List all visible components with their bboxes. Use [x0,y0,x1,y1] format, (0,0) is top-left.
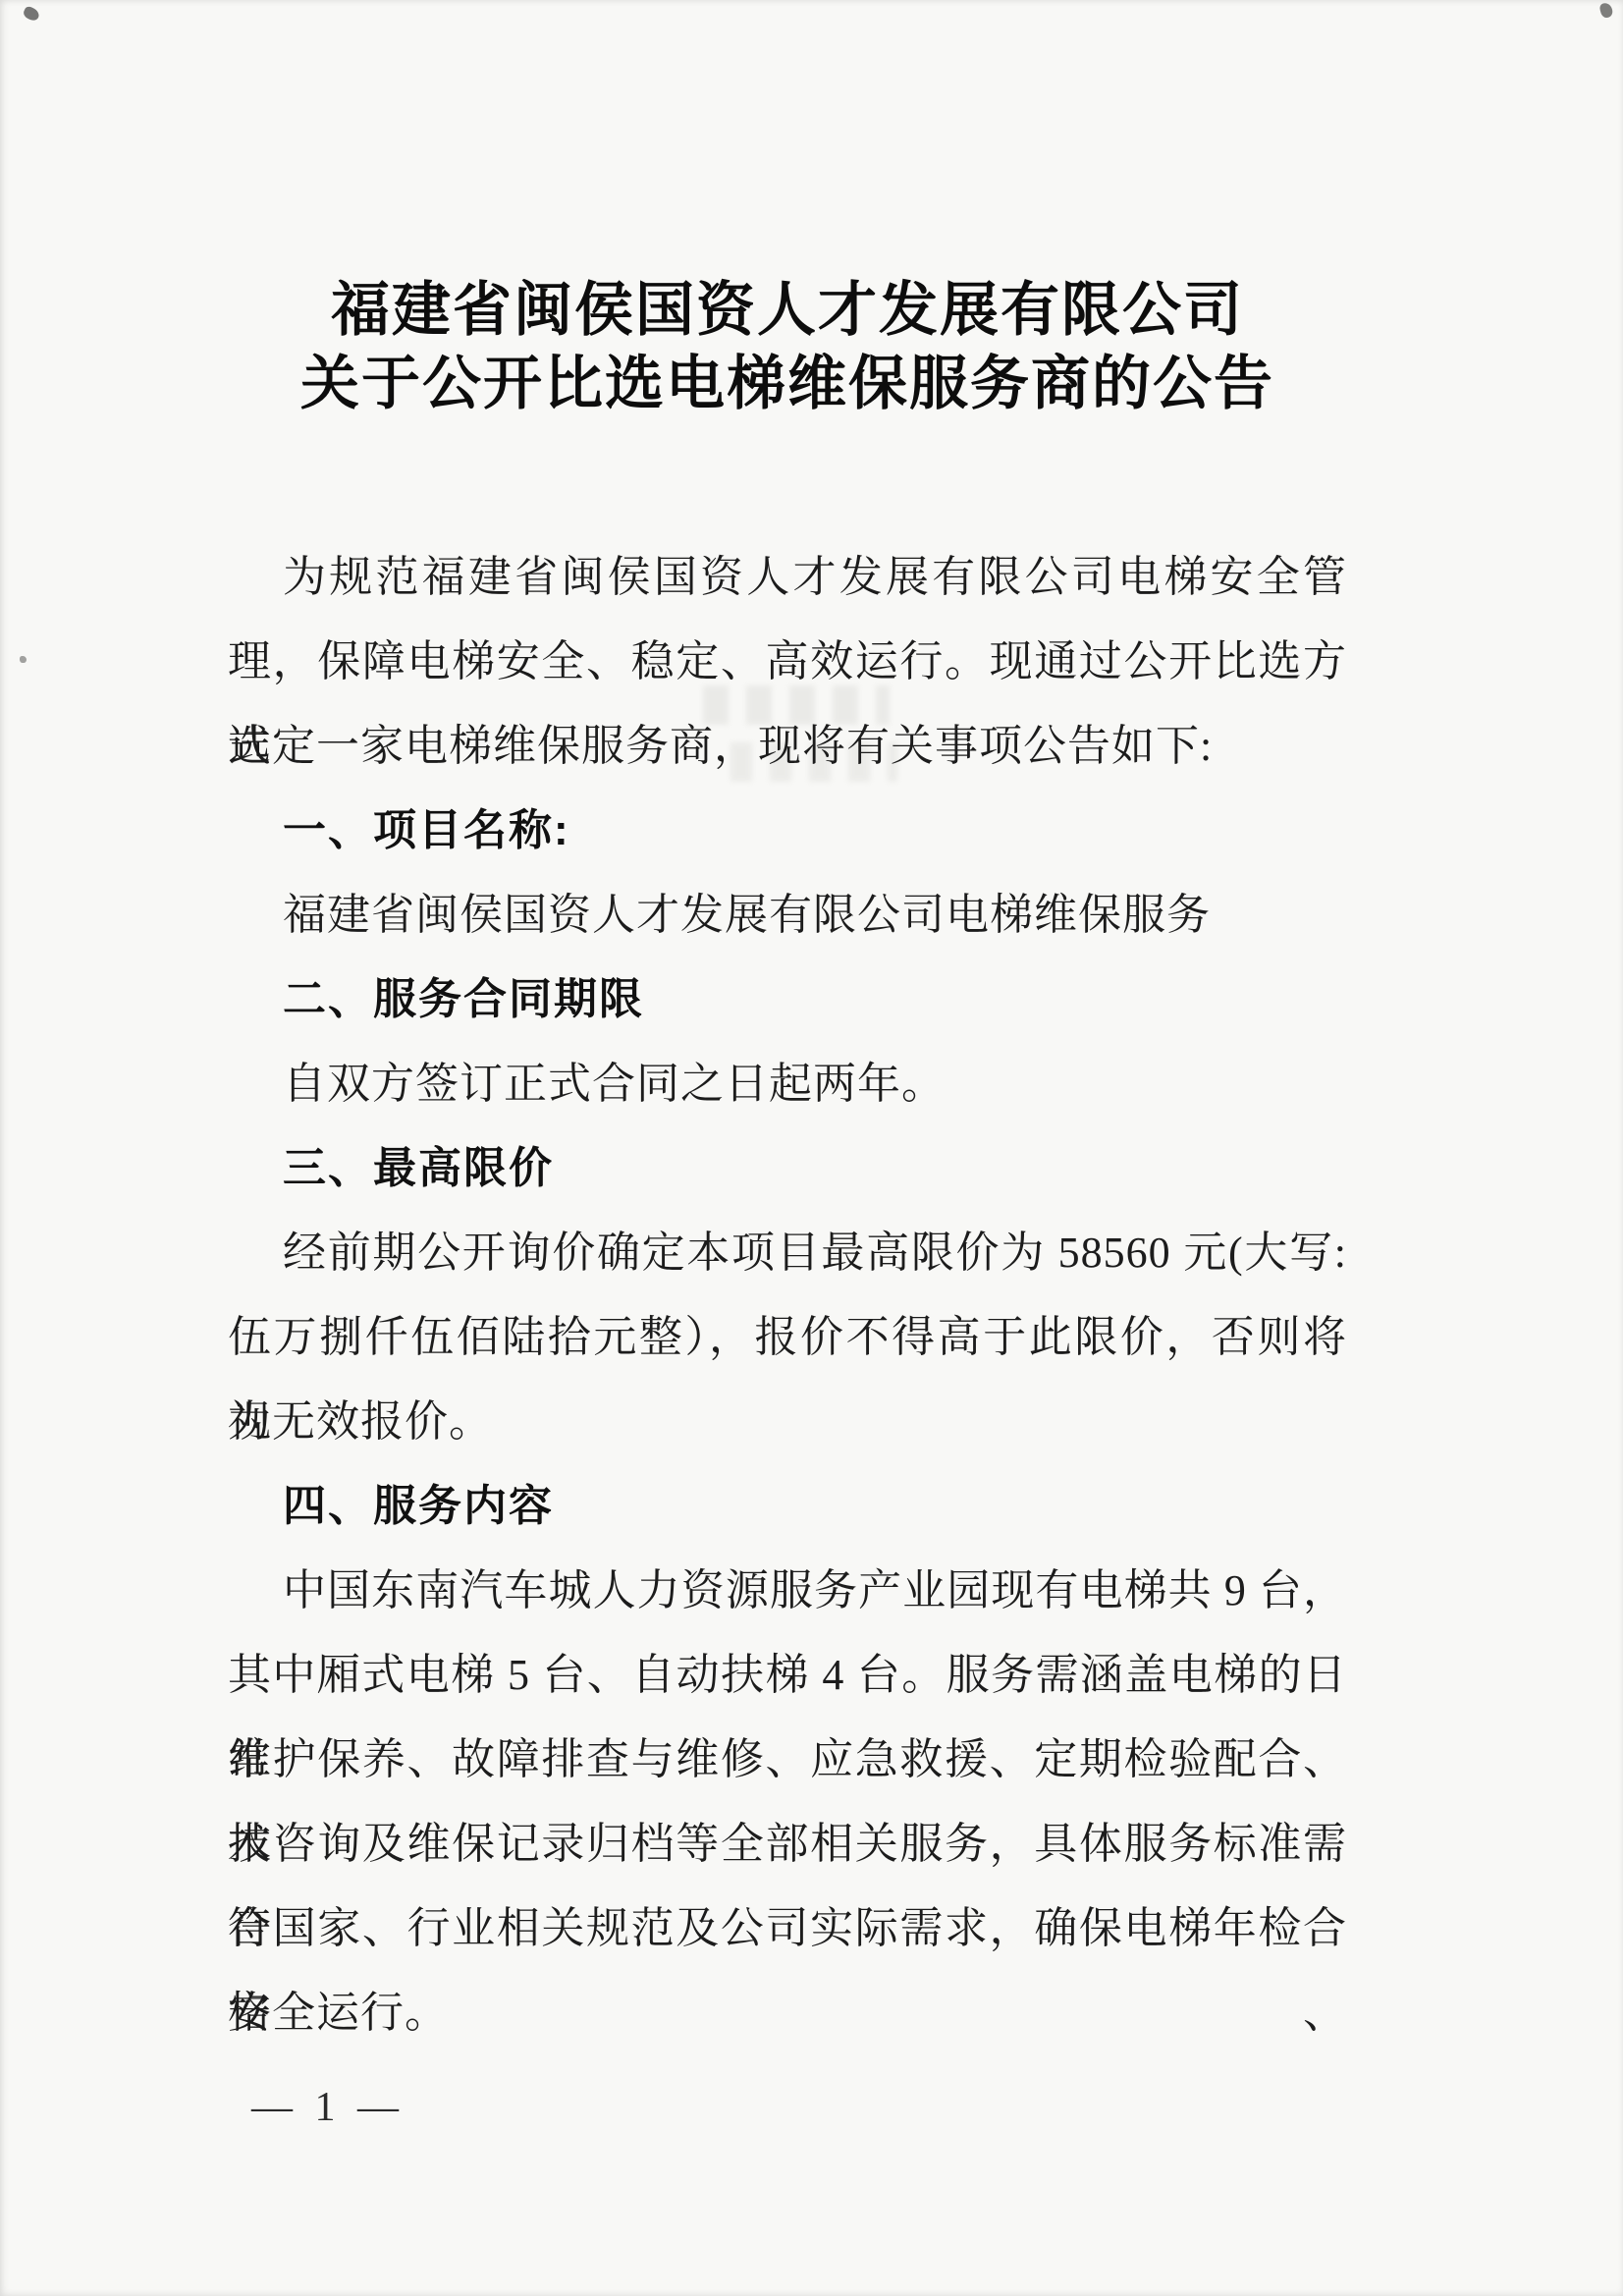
document-title: 福建省闽侯国资人才发展有限公司 关于公开比选电梯维保服务商的公告 [228,273,1347,420]
document-page: 福建省闽侯国资人才发展有限公司 关于公开比选电梯维保服务商的公告 为规范福建省闽… [0,0,1623,2296]
page-number: — 1 — [251,2084,405,2131]
scan-artifact-speck [22,5,41,23]
price-limit-line: 伍万捌仟伍佰陆拾元整），报价不得高于此限价，否则将视 [228,1295,1347,1380]
section-heading-project-name: 一、项目名称: [228,789,1347,873]
intro-paragraph-line: 选定一家电梯维保服务商，现将有关事项公告如下: [228,704,1347,789]
contract-term-line: 自双方签订正式合同之日起两年。 [228,1042,1347,1126]
section-heading-contract-term: 二、服务合同期限 [228,957,1347,1042]
service-scope-line: 维护保养、故障排查与维修、应急救援、定期检验配合、技 [228,1718,1347,1802]
service-scope-line: 术咨询及维保记录归档等全部相关服务，具体服务标准需符 [228,1802,1347,1886]
scan-artifact-speck [20,656,27,663]
intro-paragraph-line: 理，保障电梯安全、稳定、高效运行。现通过公开比选方式 [228,620,1347,704]
price-limit-line: 经前期公开询价确定本项目最高限价为 58560 元(大写: [228,1211,1347,1295]
service-scope-line: 其中厢式电梯 5 台、自动扶梯 4 台。服务需涵盖电梯的日常 [228,1633,1347,1718]
section-heading-service-scope: 四、服务内容 [228,1464,1347,1549]
price-limit-line: 为无效报价。 [228,1380,1347,1464]
scan-artifact-speck [1598,2,1613,20]
service-scope-line: 中国东南汽车城人力资源服务产业园现有电梯共 9 台， [228,1549,1347,1633]
title-line-2: 关于公开比选电梯维保服务商的公告 [228,347,1347,420]
intro-paragraph-line: 为规范福建省闽侯国资人才发展有限公司电梯安全管 [228,535,1347,620]
project-name-line: 福建省闽侯国资人才发展有限公司电梯维保服务 [228,873,1347,957]
document-body: 福建省闽侯国资人才发展有限公司 关于公开比选电梯维保服务商的公告 为规范福建省闽… [228,273,1347,2055]
title-line-1: 福建省闽侯国资人才发展有限公司 [228,273,1347,347]
section-heading-price-limit: 三、最高限价 [228,1126,1347,1211]
service-scope-line: 合国家、行业相关规范及公司实际需求，确保电梯年检合格、 [228,1886,1347,1971]
